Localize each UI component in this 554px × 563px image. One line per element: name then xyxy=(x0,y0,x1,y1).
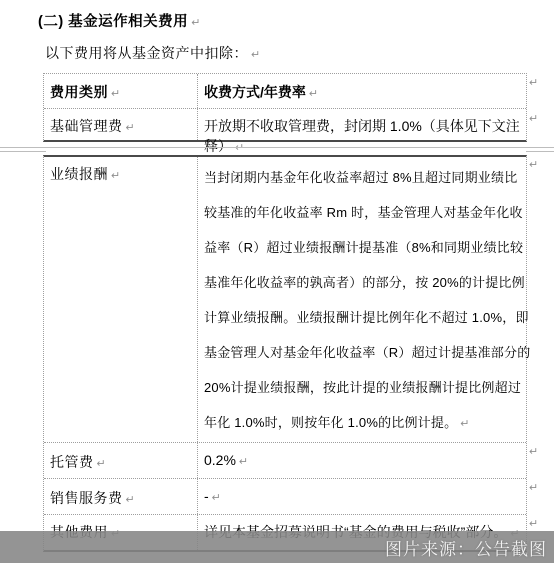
cell-category: 销售服务费↵ xyxy=(44,479,198,514)
header-cell-method: 收费方式/年费率↵ xyxy=(198,74,526,108)
table-row-custody-fee: 托管费↵ 0.2%↵ xyxy=(44,443,526,479)
end-of-row-pilcrow-icon: ↵ xyxy=(529,76,538,89)
table-row-sales-service-fee: 销售服务费↵ -↵ xyxy=(44,479,526,515)
fee-table-part2: 业绩报酬↵ 当封闭期内基金年化收益率超过 8%且超过同期业绩比 较基准的年化收益… xyxy=(43,155,527,552)
end-of-row-pilcrow-icon: ↵ xyxy=(529,445,538,458)
pilcrow-icon: ↵ xyxy=(97,458,107,470)
pilcrow-icon: ↵ xyxy=(111,170,121,182)
pilcrow-icon: ↵ xyxy=(191,17,201,29)
table-row-performance-fee: 业绩报酬↵ 当封闭期内基金年化收益率超过 8%且超过同期业绩比 较基准的年化收益… xyxy=(44,157,526,443)
cell-value: -↵ xyxy=(198,479,526,514)
page-break-line-right-stub xyxy=(526,151,554,152)
intro-text-content: 以下费用将从基金资产中扣除： xyxy=(45,45,248,61)
cell-category: 业绩报酬↵ xyxy=(44,157,198,442)
cell-value: 当封闭期内基金年化收益率超过 8%且超过同期业绩比 较基准的年化收益率 Rm 时… xyxy=(198,157,533,442)
end-of-row-pilcrow-icon: ↵ xyxy=(529,517,538,530)
pilcrow-icon: ↵ xyxy=(126,494,136,506)
fee-table-part1: 费用类别↵ 收费方式/年费率↵ 基础管理费↵ 开放期不收取管理费，封闭期 1.0… xyxy=(43,73,527,142)
page-break-line xyxy=(0,147,554,148)
pilcrow-icon: ↵ xyxy=(126,122,136,134)
pilcrow-icon: ↵ xyxy=(309,88,318,100)
table-row-base-management-fee: 基础管理费↵ 开放期不收取管理费，封闭期 1.0%（具体见下文注释）↵ xyxy=(44,109,526,140)
header-cell-category: 费用类别↵ xyxy=(44,74,198,108)
intro-text: 以下费用将从基金资产中扣除：↵ xyxy=(45,43,261,63)
pilcrow-icon: ↵ xyxy=(212,492,221,504)
cell-category: 托管费↵ xyxy=(44,443,198,478)
cell-value: 0.2%↵ xyxy=(198,443,526,478)
pilcrow-icon: ↵ xyxy=(235,142,244,154)
table-header-row: 费用类别↵ 收费方式/年费率↵ xyxy=(44,74,526,109)
watermark-text: 图片来源：公告截图 xyxy=(385,535,547,560)
pilcrow-icon: ↵ xyxy=(111,88,121,100)
end-of-row-pilcrow-icon: ↵ xyxy=(529,481,538,494)
section-heading: (二) 基金运作相关费用↵ xyxy=(38,10,201,31)
document-page: { "page": { "heading": "(二) 基金运作相关费用", "… xyxy=(0,0,554,563)
watermark-bar: 图片来源：公告截图 xyxy=(0,531,554,563)
pilcrow-icon: ↵ xyxy=(460,418,469,430)
pilcrow-icon: ↵ xyxy=(239,456,248,468)
pilcrow-icon: ↵ xyxy=(251,49,261,61)
cell-category: 基础管理费↵ xyxy=(44,109,198,140)
end-of-row-pilcrow-icon: ↵ xyxy=(529,112,538,125)
end-of-row-pilcrow-icon: ↵ xyxy=(529,158,538,171)
cell-value: 开放期不收取管理费，封闭期 1.0%（具体见下文注释）↵ xyxy=(198,109,526,140)
section-heading-text: (二) 基金运作相关费用 xyxy=(38,14,188,30)
page-break-line-left-stub xyxy=(0,151,46,152)
